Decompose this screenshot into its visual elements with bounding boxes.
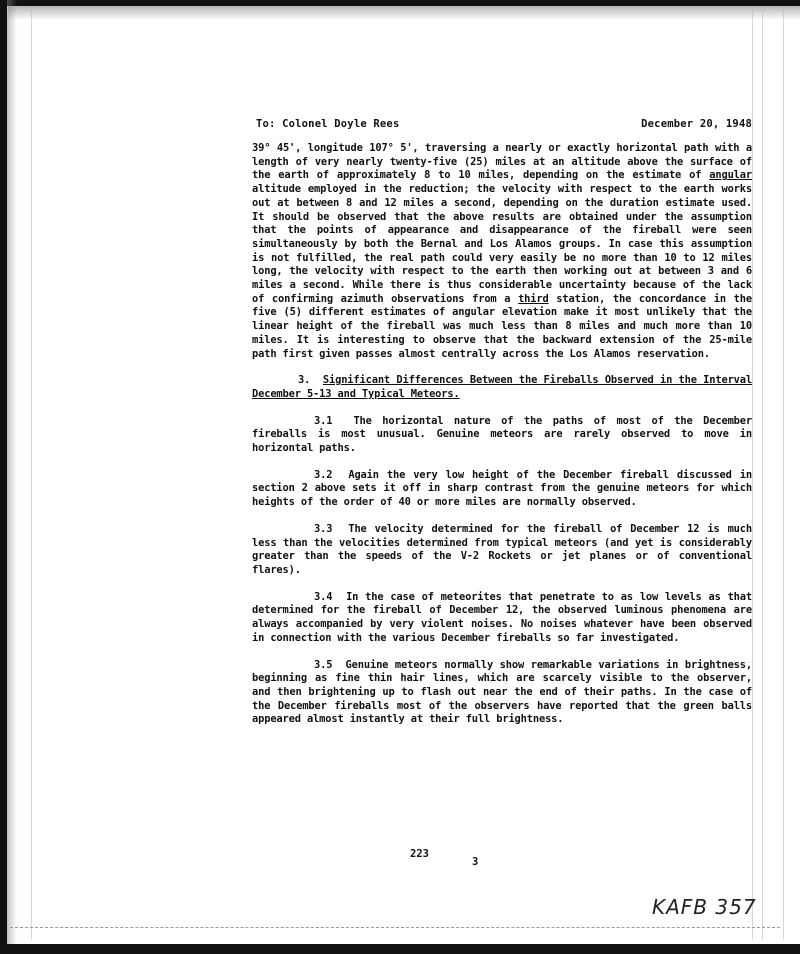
- underlined-word-third: third: [518, 293, 549, 305]
- scan-shadow-left: [7, 0, 17, 954]
- section-number: 3.: [298, 374, 310, 386]
- letter-page: To: Colonel Doyle Rees December 20, 1948…: [252, 118, 752, 727]
- scan-dashed-edge: [10, 927, 780, 928]
- opening-text-1: 39° 45', longitude 107° 5', traversing a…: [252, 142, 752, 181]
- addressee: To: Colonel Doyle Rees: [256, 118, 399, 130]
- scan-border-bottom: [0, 944, 800, 954]
- opening-text-2: altitude employed in the reduction; the …: [252, 183, 752, 305]
- scan-crease-line: [31, 10, 32, 940]
- opening-paragraph: 39° 45', longitude 107° 5', traversing a…: [252, 142, 752, 361]
- scan-crease-line: [783, 10, 784, 940]
- letter-header: To: Colonel Doyle Rees December 20, 1948: [252, 118, 752, 130]
- paragraph-number: 3.2: [314, 469, 332, 481]
- paragraph-number: 3.1: [314, 415, 332, 427]
- letter-date: December 20, 1948: [641, 118, 752, 130]
- scan-crease-line: [752, 10, 753, 940]
- underlined-word-angular: angular: [709, 169, 752, 181]
- paragraph-number: 3.4: [314, 591, 332, 603]
- scan-shadow-top: [8, 6, 800, 20]
- handwritten-archive-id: KAFB 357: [652, 895, 757, 919]
- paragraph-3-2: 3.2 Again the very low height of the Dec…: [252, 469, 752, 510]
- paragraph-3-3: 3.3 The velocity determined for the fire…: [252, 523, 752, 578]
- scan-border-left: [0, 0, 7, 954]
- section-title: Significant Differences Between the Fire…: [252, 374, 752, 400]
- paragraph-number: 3.5: [314, 659, 332, 671]
- scan-crease-line: [762, 10, 763, 940]
- paragraph-number: 3.3: [314, 523, 332, 535]
- stamp-number: 223: [410, 848, 429, 860]
- paragraph-3-5: 3.5 Genuine meteors normally show remark…: [252, 659, 752, 728]
- section-3-heading: 3. Significant Differences Between the F…: [252, 374, 752, 401]
- paragraph-3-4: 3.4 In the case of meteorites that penet…: [252, 591, 752, 646]
- paragraph-3-1: 3.1 The horizontal nature of the paths o…: [252, 415, 752, 456]
- page-number: 3: [472, 856, 478, 868]
